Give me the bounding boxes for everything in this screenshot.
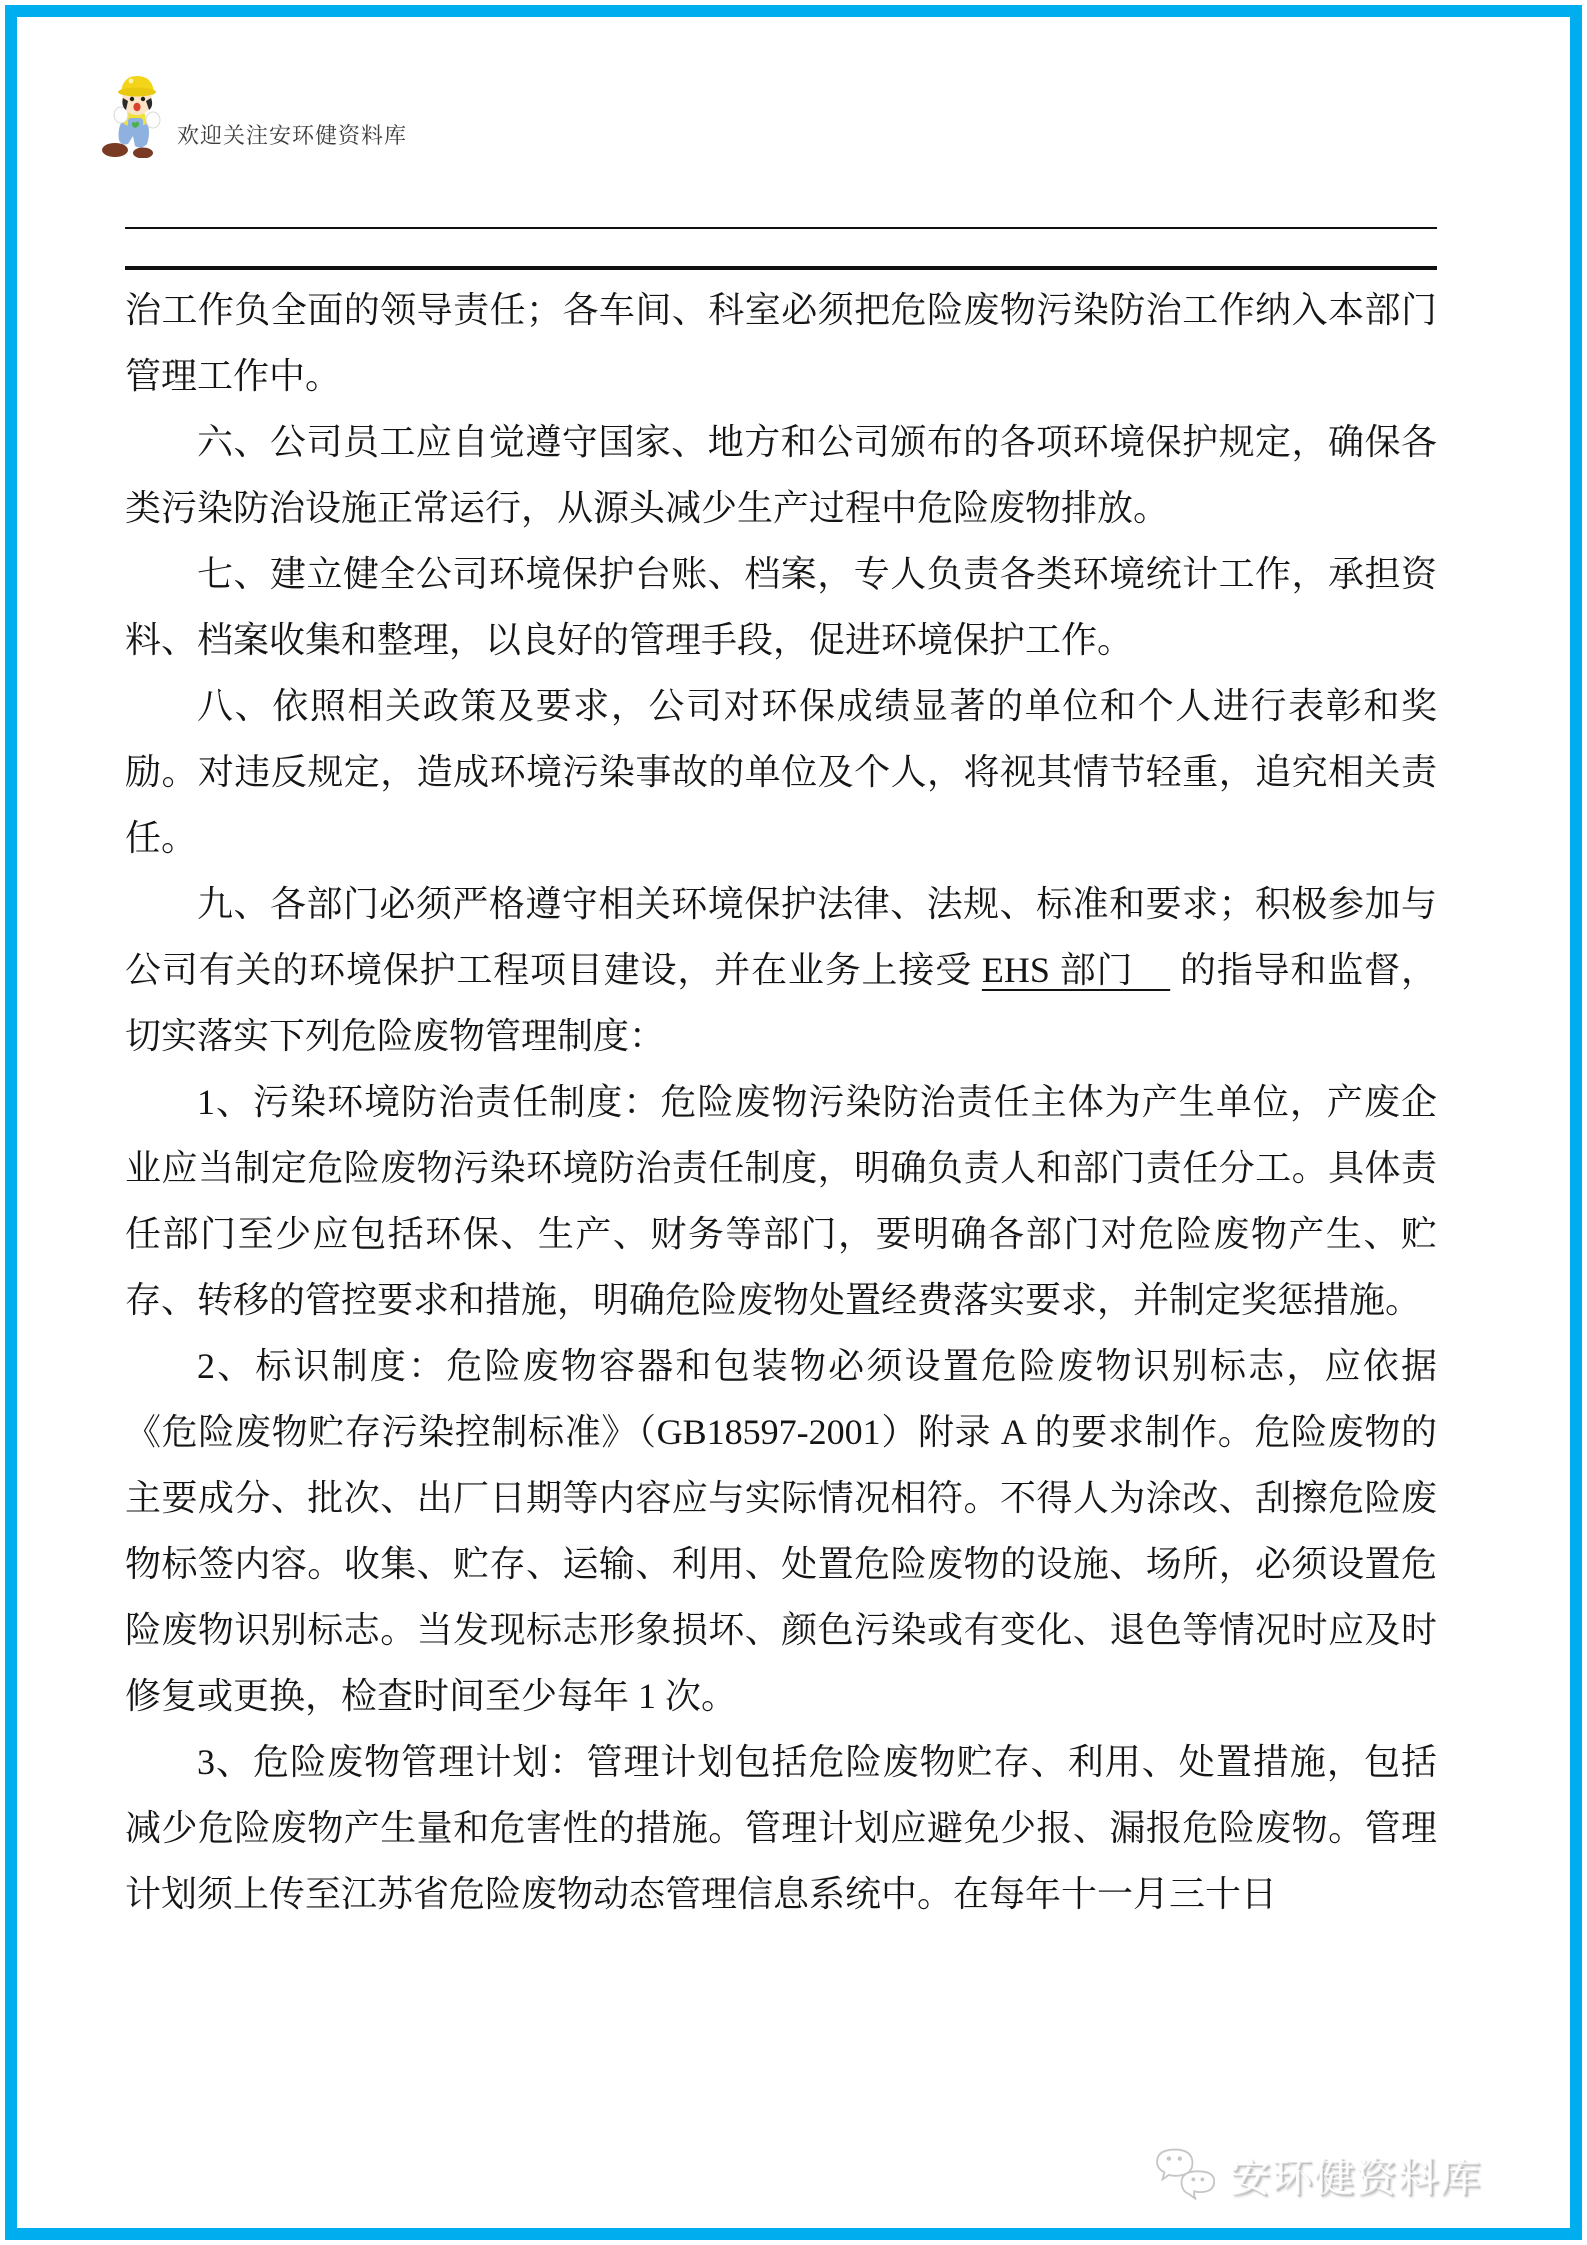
paragraph-seven: 七、建立健全公司环境保护台账、档案，专人负责各类环境统计工作，承担资料、档案收集…	[125, 541, 1437, 673]
safety-worker-mascot-icon	[97, 68, 169, 158]
paragraph-item-1: 1、污染环境防治责任制度：危险废物污染防治责任主体为产生单位，产废企业应当制定危…	[125, 1069, 1437, 1333]
paragraph-continuation: 治工作负全面的领导责任；各车间、科室必须把危险废物污染防治工作纳入本部门管理工作…	[125, 277, 1437, 409]
paragraph-six: 六、公司员工应自觉遵守国家、地方和公司颁布的各项环境保护规定，确保各类污染防治设…	[125, 409, 1437, 541]
ehs-department-underlined: EHS 部门	[982, 950, 1170, 990]
paragraph-eight: 八、依照相关政策及要求，公司对环保成绩显著的单位和个人进行表彰和奖励。对违反规定…	[125, 673, 1437, 871]
paragraph-item-3: 3、危险废物管理计划：管理计划包括危险废物贮存、利用、处置措施，包括减少危险废物…	[125, 1729, 1437, 1927]
footer-watermark-text: 安环健资料库	[1230, 2146, 1482, 2203]
paragraph-item-2: 2、标识制度：危险废物容器和包装物必须设置危险废物识别标志，应依据《危险废物贮存…	[125, 1333, 1437, 1729]
header: 欢迎关注安环健资料库	[97, 68, 407, 158]
header-divider-thin	[125, 227, 1437, 229]
footer-watermark: 安环健资料库	[1154, 2145, 1482, 2203]
paragraph-nine: 九、各部门必须严格遵守相关环境保护法律、法规、标准和要求；积极参加与公司有关的环…	[125, 871, 1437, 1069]
wechat-icon	[1154, 2145, 1220, 2203]
header-slogan: 欢迎关注安环健资料库	[177, 119, 407, 150]
document-body: 治工作负全面的领导责任；各车间、科室必须把危险废物污染防治工作纳入本部门管理工作…	[125, 277, 1437, 1927]
header-divider-thick	[125, 266, 1437, 270]
